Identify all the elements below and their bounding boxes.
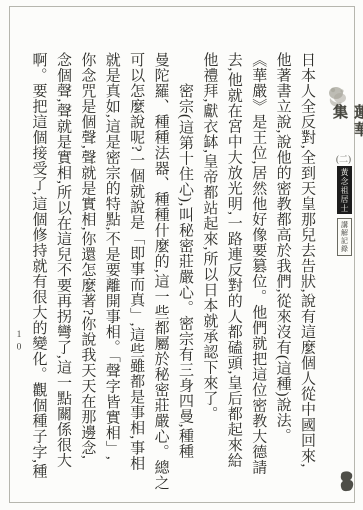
book-volume-number: (二) [336, 152, 351, 165]
text-column: 他著書立說,說他的密教都高於我們,從來沒有(這種)說法。 [270, 52, 294, 502]
author-label: 黃念祖居士 [337, 166, 352, 214]
text-column: 去,他就在宮中大放光明,一路連反對的人都磕頭,皇后都起來給 [221, 52, 245, 502]
subtitle-label: 講解記錄 [337, 218, 352, 256]
text-columns: 日本人全反對,全到天皇那兒去告狀,說有這麼個人從中國回來,他著書立說,說他的密教… [26, 52, 319, 502]
text-column: 他禮拜,獻衣缽,皇帝都站起來,所以日本就承認下來了。 [197, 52, 221, 502]
book-page: 蓮華集 (二) 黃念祖居士 講解記錄 日本人全反對,全到天皇那兒去告狀,說有這麼… [0, 0, 363, 510]
text-column: 你念咒是個聲,聲就是實相,你還怎麼著?你說我天天在那邊念, [75, 52, 99, 502]
page-number: 10 [14, 330, 24, 355]
text-column: 日本人全反對,全到天皇那兒去告狀,說有這麼個人從中國回來, [295, 52, 319, 502]
corner-ornament-mark [340, 470, 354, 496]
text-column: 密宗(這第十住心),叫秘密莊嚴心。密宗有三身四曼,種種 [173, 52, 197, 502]
text-column: 可以怎麼說呢?一個就說是「即事而真」,這些雖都是事相,事相 [124, 52, 148, 502]
text-column: 就是真如,這是密宗的特點,不是要離開事相。「聲字皆實相」, [99, 52, 123, 502]
text-column: 《華嚴》是王位,居然他好像要篡位。他們就把這位密教大德請 [246, 52, 270, 502]
text-column: 曼陀羅、種種法器、種種什麼的,這一些都屬於秘密莊嚴心。總之 [148, 52, 172, 502]
text-column: 念個聲,聲就是實相,所以在這兒不要再拐彎了,這一點關係很大 [51, 52, 75, 502]
book-title-calligraphy: 蓮華集 [329, 104, 363, 156]
text-column: 啊。要把這個接受了,這個修持就有很大的變化。觀個種子字,種 [26, 52, 50, 502]
